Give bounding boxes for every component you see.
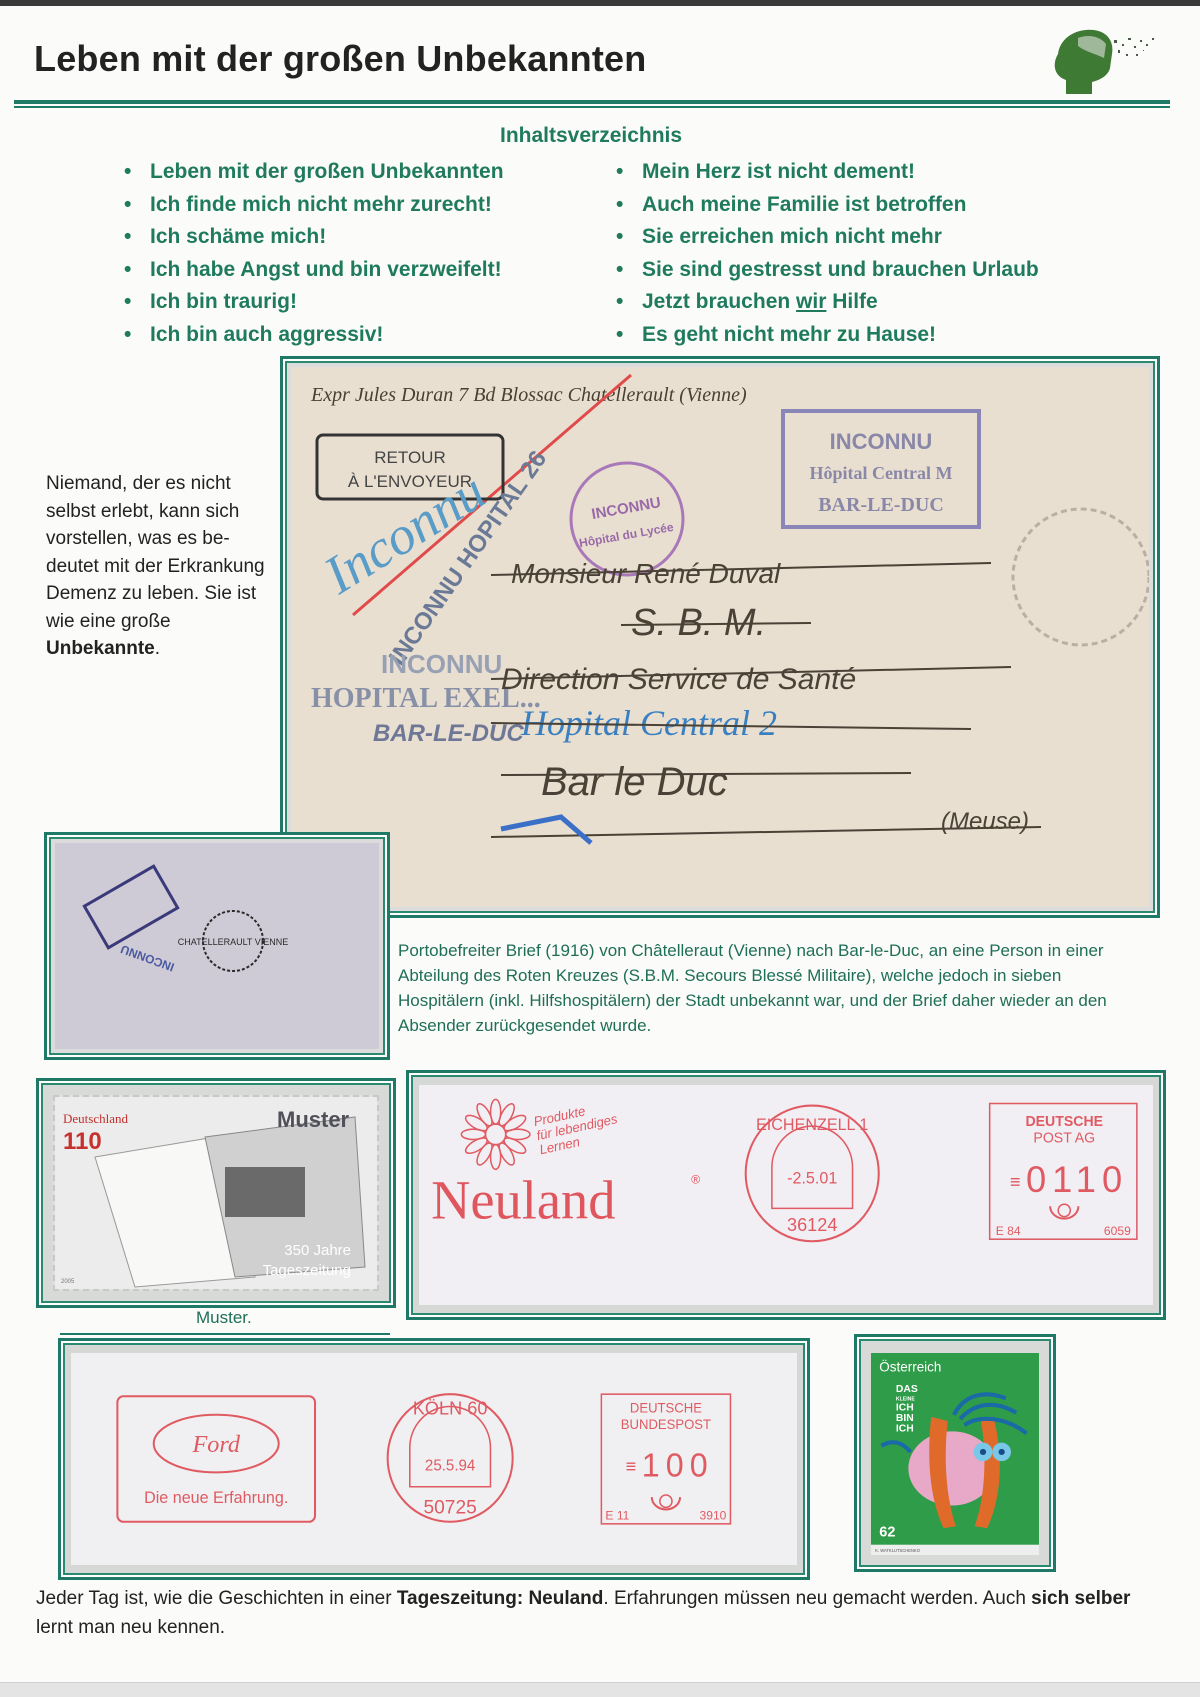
meter-ford-frame: Ford Die neue Erfahrung. KÖLN 60 25.5.94… (58, 1338, 810, 1580)
header-rule-thin (14, 106, 1170, 108)
letter-back-frame: INCONNU CHATELLERAULT VIENNE (44, 832, 390, 1060)
toc-item[interactable]: •Es geht nicht mehr zu Hause! (616, 319, 1039, 352)
svg-text:Direction Service de Santé: Direction Service de Santé (501, 663, 856, 696)
svg-text:INCONNU: INCONNU (590, 494, 662, 523)
svg-text:K. WATKLUTSCHENKO: K. WATKLUTSCHENKO (875, 1548, 921, 1553)
stamp-de-caption: Muster. (196, 1308, 252, 1328)
svg-text:E 84: E 84 (996, 1224, 1021, 1238)
toc-item[interactable]: •Jetzt brauchen wir Hilfe (616, 286, 1039, 319)
footer-text: Jeder Tag ist, wie die Geschichten in ei… (36, 1584, 1146, 1642)
svg-text:INCONNU: INCONNU (830, 429, 933, 454)
svg-text:DEUTSCHE: DEUTSCHE (630, 1401, 702, 1416)
stamp-de: Deutschland 110 Muster 350 Jahre Tagesze… (53, 1095, 379, 1291)
meter-neuland-frame: Produkte für lebendiges Lernen Neuland ®… (406, 1070, 1166, 1320)
toc-item[interactable]: •Sie erreichen mich nicht mehr (616, 221, 1039, 254)
svg-text:®: ® (691, 1173, 700, 1187)
svg-text:KLEINE: KLEINE (896, 1396, 916, 1402)
letter-back-image: INCONNU CHATELLERAULT VIENNE (55, 843, 379, 1049)
svg-text:50725: 50725 (424, 1496, 477, 1518)
svg-text:Österreich: Österreich (879, 1360, 941, 1375)
toc-title: Inhaltsverzeichnis (500, 124, 682, 148)
svg-text:BUNDESPOST: BUNDESPOST (621, 1417, 711, 1432)
toc-item[interactable]: •Auch meine Familie ist betroffen (616, 189, 1039, 222)
svg-text:ICH: ICH (896, 1423, 914, 1434)
svg-text:DAS: DAS (896, 1384, 918, 1395)
stamp-de-frame: Deutschland 110 Muster 350 Jahre Tagesze… (36, 1078, 396, 1308)
svg-text:2005: 2005 (61, 1279, 75, 1285)
caption-rule (60, 1333, 390, 1335)
toc-item[interactable]: •Ich finde mich nicht mehr zurecht! (124, 189, 504, 222)
svg-text:0110: 0110 (1026, 1159, 1128, 1200)
svg-text:Tageszeitung: Tageszeitung (263, 1262, 351, 1279)
scan-edge-bottom (0, 1682, 1200, 1697)
svg-text:350 Jahre: 350 Jahre (284, 1242, 351, 1259)
svg-text:Muster: Muster (277, 1107, 350, 1132)
toc-item[interactable]: •Ich bin auch aggressiv! (124, 319, 504, 352)
svg-text:POST AG: POST AG (1033, 1130, 1095, 1146)
letter-caption: Portobefreiter Brief (1916) von Châtelle… (398, 938, 1138, 1038)
svg-text:110: 110 (63, 1128, 102, 1155)
scan-edge-top (0, 0, 1200, 6)
header-rule (14, 100, 1170, 104)
svg-text:EICHENZELL 1: EICHENZELL 1 (756, 1116, 868, 1134)
svg-text:Bar le Duc: Bar le Duc (541, 760, 728, 804)
svg-text:(Meuse): (Meuse) (941, 808, 1029, 835)
toc-item[interactable]: •Ich habe Angst und bin verzweifelt! (124, 254, 504, 287)
svg-text:INCONNU: INCONNU (119, 942, 176, 974)
svg-text:RETOUR: RETOUR (374, 448, 445, 467)
svg-text:36124: 36124 (787, 1214, 837, 1235)
svg-text:CHATELLERAULT VIENNE: CHATELLERAULT VIENNE (178, 937, 289, 947)
svg-text:100: 100 (642, 1446, 714, 1483)
stamp-at: Österreich DAS KLEINE ICH BIN ICH 62 K. … (871, 1353, 1039, 1555)
toc-item[interactable]: •Leben mit der großen Unbekannten (124, 156, 504, 189)
toc-list-right: •Mein Herz ist nicht dement! •Auch meine… (616, 156, 1039, 351)
svg-text:≡: ≡ (626, 1455, 637, 1476)
stamp-at-frame: Österreich DAS KLEINE ICH BIN ICH 62 K. … (854, 1334, 1056, 1572)
toc-list-left: •Leben mit der großen Unbekannten •Ich f… (124, 156, 504, 351)
svg-text:3910: 3910 (700, 1509, 727, 1523)
svg-text:KÖLN 60: KÖLN 60 (413, 1398, 488, 1419)
svg-text:62: 62 (879, 1524, 895, 1540)
meter-ford: Ford Die neue Erfahrung. KÖLN 60 25.5.94… (71, 1353, 797, 1565)
meter-neuland: Produkte für lebendiges Lernen Neuland ®… (419, 1085, 1153, 1305)
intro-text: Niemand, der es nicht selbst erlebt, kan… (46, 470, 276, 663)
letter-front-frame: Expr Jules Duran 7 Bd Blossac Chatellera… (280, 356, 1160, 918)
svg-text:Expr Jules Duran 7 Bd Blossac: Expr Jules Duran 7 Bd Blossac Chatellera… (310, 384, 747, 406)
svg-text:Hôpital du Lycée: Hôpital du Lycée (578, 520, 675, 550)
svg-text:Die neue Erfahrung.: Die neue Erfahrung. (144, 1489, 288, 1507)
toc-item[interactable]: •Ich schäme mich! (124, 221, 504, 254)
svg-text:-2.5.01: -2.5.01 (787, 1170, 837, 1188)
toc-item[interactable]: •Ich bin traurig! (124, 286, 504, 319)
svg-text:Deutschland: Deutschland (63, 1111, 128, 1126)
letter-front-image: Expr Jules Duran 7 Bd Blossac Chatellera… (291, 367, 1149, 907)
page-title: Leben mit der großen Unbekannten (34, 38, 646, 80)
svg-text:BAR-LE-DUC: BAR-LE-DUC (818, 494, 944, 516)
svg-text:25.5.94: 25.5.94 (425, 1457, 476, 1474)
svg-text:≡: ≡ (1010, 1171, 1021, 1192)
svg-text:Neuland: Neuland (431, 1169, 615, 1231)
head-dissolving-icon (1048, 24, 1158, 96)
svg-text:6059: 6059 (1104, 1224, 1131, 1238)
svg-text:Ford: Ford (191, 1431, 240, 1458)
toc-item[interactable]: •Mein Herz ist nicht dement! (616, 156, 1039, 189)
svg-text:E 11: E 11 (605, 1509, 629, 1523)
svg-text:DEUTSCHE: DEUTSCHE (1025, 1114, 1103, 1130)
svg-text:INCONNU: INCONNU (381, 649, 502, 679)
toc-item[interactable]: •Sie sind gestresst und brauchen Urlaub (616, 254, 1039, 287)
svg-text:Hôpital Central M: Hôpital Central M (810, 463, 953, 483)
